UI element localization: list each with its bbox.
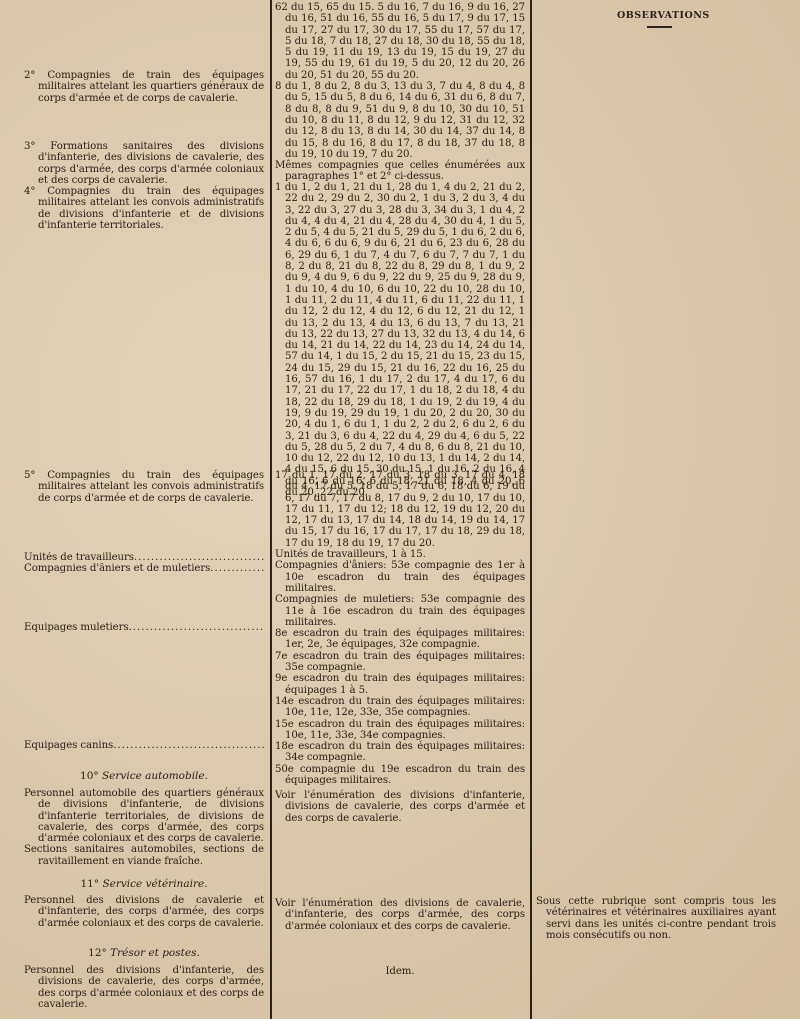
item-5-convois-corps: 5° Compagnies du train des équipages mil…: [24, 470, 264, 504]
section-12-text: Personnel des divisions d'infanterie, de…: [24, 965, 264, 1010]
units-list-item-4: 1 du 1, 2 du 1, 21 du 1, 28 du 1, 4 du 2…: [275, 182, 525, 498]
veterinary-note: Sous cette rubrique sont compris tous le…: [536, 896, 776, 941]
observations-column: OBSERVATIONS Sous cette rubrique sont co…: [532, 0, 800, 1019]
compagnies-aniers-label: Compagnies d'âniers et de muletiers: [24, 563, 264, 574]
equipages-canins-label: Equipages canins: [24, 740, 264, 751]
section-10-heading: 10° Service automobile.: [24, 770, 264, 782]
item-3-formations-sanitaires: 3° Formations sanitaires des divisions d…: [24, 141, 264, 186]
equipages-muletiers-label: Equipages muletiers: [24, 622, 264, 633]
designation-column: 2° Compagnies de train des équipages mil…: [0, 0, 268, 1019]
section-10-text: Personnel automobile des quartiers génér…: [24, 788, 264, 867]
voir-enumeration-veterinaire: Voir l'énumération des divisions de cava…: [275, 898, 525, 932]
observations-rule: [647, 26, 672, 28]
item-2-train-quartiers-generaux: 2° Compagnies de train des équipages mil…: [24, 70, 264, 104]
units-list-item-5: 17 du 1, 17 du 2, 17 du 3, 18 du 3, 17 d…: [275, 470, 525, 786]
units-column: 62 du 15, 65 du 15. 5 du 16, 7 du 16, 9 …: [270, 0, 532, 1019]
item-4-convois-divisions: 4° Compagnies du train des équipages mil…: [24, 186, 264, 231]
section-11-heading: 11° Service vétérinaire.: [24, 878, 264, 890]
section-11-text: Personnel des divisions de cavalerie et …: [24, 895, 264, 929]
units-list-top: 62 du 15, 65 du 15. 5 du 16, 7 du 16, 9 …: [275, 2, 525, 183]
section-12-heading: 12° Trésor et postes.: [24, 947, 264, 959]
unites-travailleurs-label: Unités de travailleurs: [24, 552, 264, 563]
voir-enumeration-automobile: Voir l'énumération des divisions d'infan…: [275, 790, 525, 824]
observations-heading: OBSERVATIONS: [617, 10, 710, 21]
idem-text: Idem.: [275, 966, 525, 977]
